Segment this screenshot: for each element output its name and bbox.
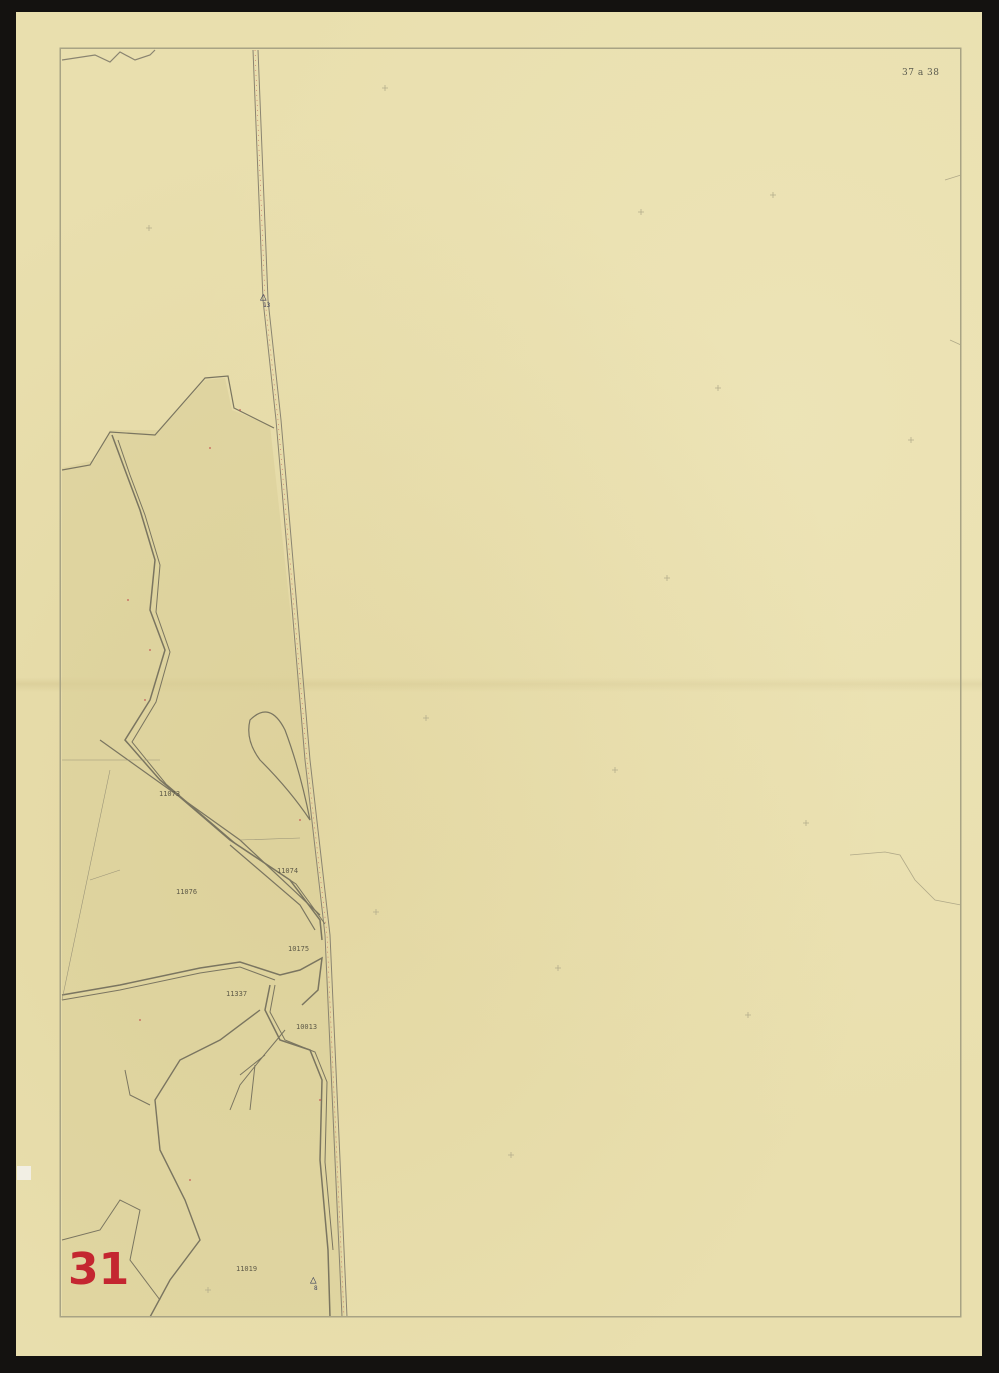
sheet-number-label: 31 <box>68 1248 129 1292</box>
parcel-label: 11019 <box>236 1265 257 1273</box>
sheet-id-label: 37 a 38 <box>902 68 940 78</box>
parcel-label: 11076 <box>176 888 197 896</box>
map-frame <box>60 48 961 1317</box>
marker-label: 8 <box>314 1285 318 1292</box>
marker-label: 13 <box>263 302 270 309</box>
parcel-label: 11337 <box>226 990 247 998</box>
parcel-label: 11074 <box>277 867 298 875</box>
parcel-label: 10013 <box>296 1023 317 1031</box>
parcel-label: 11073 <box>159 790 180 798</box>
parcel-label: 10175 <box>288 945 309 953</box>
